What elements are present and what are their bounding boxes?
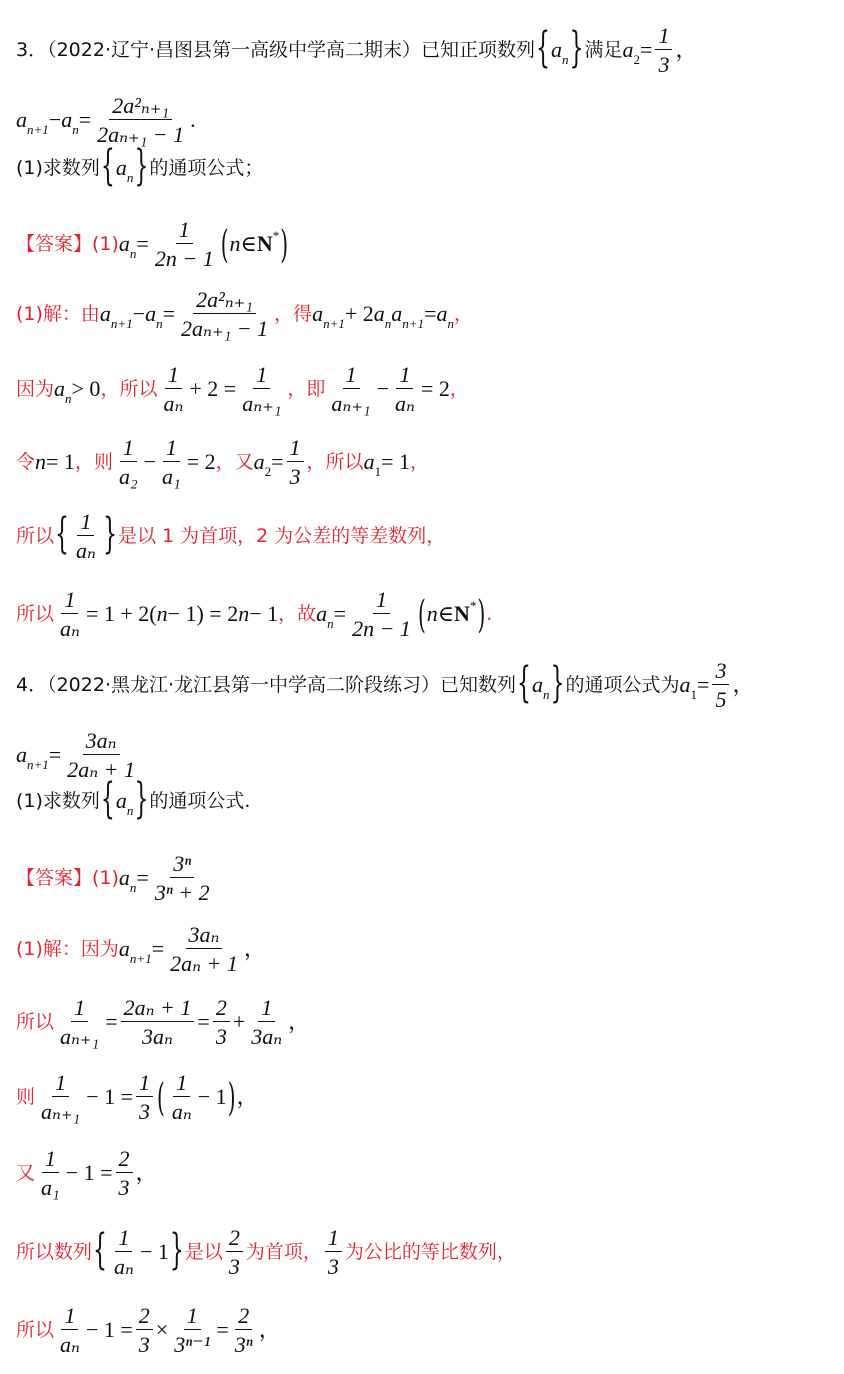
text-line: (1)求数列{an}的通项公式. (16, 790, 250, 812)
fraction-numerator: 1 (343, 363, 360, 389)
math-operator: − 1 (140, 1241, 169, 1263)
math-subscript: n (130, 880, 137, 895)
math-operator: − 1 = (86, 1319, 133, 1341)
text-line: 【答案】(1)an = 3ⁿ3ⁿ + 2 (16, 852, 216, 904)
fraction-denominator: 3aₙ (248, 1022, 285, 1048)
math-variable: a (116, 788, 127, 813)
math-subscript: n (327, 616, 334, 631)
text-run: ，则 (75, 453, 113, 472)
fraction-numerator: 3ⁿ (170, 852, 194, 878)
fraction-denominator: aₙ₊₁ (328, 389, 373, 415)
math-brace: } (103, 515, 117, 557)
math-fraction: 1aₙ (111, 1226, 137, 1278)
fraction-denominator: aₙ₊₁ (57, 1022, 102, 1048)
math-operator: ， (244, 938, 266, 960)
math-fraction: 13 (287, 436, 304, 488)
math-brace: { (101, 147, 115, 189)
fraction-denominator: a₁ (159, 462, 184, 488)
math-subscript: n (156, 316, 163, 331)
math-fraction: 13 (655, 24, 672, 76)
text-run: 令 (16, 453, 35, 472)
fraction-numerator: 1 (325, 1226, 342, 1252)
fraction-denominator: 3aₙ (139, 1022, 176, 1048)
math-variable: a (100, 301, 111, 326)
math-fraction: 23 (226, 1226, 243, 1278)
text-run: ， (410, 453, 429, 472)
math-term: a1 (680, 674, 698, 696)
text-line: 所以数列{1aₙ − 1}是以23为首项，13为公比的等比数列， (16, 1226, 516, 1278)
text-run: 的通项公式； (149, 159, 263, 178)
math-variable: n (230, 233, 241, 255)
fraction-denominator: 2aₙ₊₁ − 1 (94, 120, 187, 146)
fraction-numerator: 3aₙ (186, 923, 223, 949)
math-fraction: 12n − 1 (349, 588, 414, 640)
fraction-denominator: 3 (136, 1097, 153, 1123)
text-line: 令n = 1，则 1a₂ − 1a₁ = 2，又a2 = 13，所以a1 = 1… (16, 436, 429, 488)
text-line: 3．（2022·辽宁·昌图县第一高级中学高二期末）已知正项数列{an}满足a2 … (16, 24, 697, 76)
fraction-numerator: 1 (42, 1147, 59, 1173)
fraction-numerator: 1 (136, 1071, 153, 1097)
math-variable: a (391, 301, 402, 326)
math-variable: a (119, 865, 130, 890)
math-subscript: n+1 (111, 316, 133, 331)
math-fraction: 1aₙ₊₁ (239, 363, 284, 415)
text-run: ，得 (274, 305, 312, 324)
math-set-symbol: N (257, 233, 273, 255)
math-operator: − 1 (249, 603, 278, 625)
math-subscript: 1 (691, 687, 698, 702)
math-fraction: 23 (136, 1304, 153, 1356)
math-fraction: 1aₙ (57, 588, 83, 640)
fraction-numerator: 1 (287, 436, 304, 462)
text-run: 是以 (185, 1243, 223, 1262)
math-term: an (551, 39, 569, 61)
math-term: an (374, 303, 392, 325)
fraction-denominator: 3ⁿ (232, 1330, 256, 1356)
math-term: a2 (254, 451, 272, 473)
fraction-denominator: 3 (287, 462, 304, 488)
math-subscript: n (72, 122, 79, 137)
text-run: 因为 (16, 380, 54, 399)
math-fraction: 2aₙ + 13aₙ (121, 996, 195, 1048)
math-variable: a (532, 672, 543, 697)
math-fraction: 1aₙ (160, 363, 186, 415)
text-run: 又 (16, 1164, 35, 1183)
math-operator: ∈ (241, 233, 257, 255)
math-brace: { (55, 515, 69, 557)
fraction-denominator: aₙ (57, 1330, 83, 1356)
math-brace: { (93, 1231, 107, 1273)
math-variable: a (16, 742, 27, 767)
math-variable: n (157, 603, 168, 625)
fraction-numerator: 2 (213, 996, 230, 1022)
math-variable: a (623, 37, 634, 62)
text-run: 的通项公式. (149, 792, 250, 811)
fraction-denominator: aₙ (73, 536, 99, 562)
math-fraction: 1aₙ (392, 363, 418, 415)
text-line: (1)求数列{an}的通项公式； (16, 157, 263, 179)
math-operator: = 1 (46, 451, 75, 473)
math-operator: − 1 (198, 1086, 227, 1108)
text-run: 的通项公式为 (566, 676, 680, 695)
math-variable: a (312, 301, 323, 326)
text-run: 【答案】(1) (16, 235, 119, 254)
fraction-numerator: 2 (116, 1147, 133, 1173)
math-fraction: 13 (136, 1071, 153, 1123)
fraction-numerator: 1 (52, 1071, 69, 1097)
fraction-numerator: 1 (396, 363, 413, 389)
math-fraction: 1aₙ₊₁ (57, 996, 102, 1048)
text-line: 则1aₙ₊₁ − 1 = 13(1aₙ − 1)， (16, 1071, 259, 1123)
text-run: . (486, 605, 492, 624)
math-variable: n (35, 451, 46, 473)
math-subscript: 1 (375, 464, 382, 479)
fraction-denominator: 3 (226, 1252, 243, 1278)
math-brace: } (134, 780, 148, 822)
math-term: an+1 (16, 109, 49, 131)
text-run: 满足 (585, 41, 623, 60)
math-fraction: 2a²ₙ₊₁2aₙ₊₁ − 1 (94, 94, 187, 146)
fraction-denominator: a₂ (116, 462, 141, 488)
math-operator: × (156, 1319, 168, 1341)
math-operator: + (233, 1011, 245, 1033)
text-line: 因为an > 0，所以1aₙ + 2 = 1aₙ₊₁，即 1aₙ₊₁ − 1aₙ… (16, 363, 469, 415)
math-term: a1 (364, 451, 382, 473)
text-line: 所以1aₙ₊₁ = 2aₙ + 13aₙ = 23 + 13aₙ， (16, 996, 310, 1048)
math-operator: = (136, 867, 148, 889)
text-run: 3．（2022·辽宁·昌图县第一高级中学高二期末）已知正项数列 (16, 41, 535, 60)
text-run: 所以 (16, 1013, 54, 1032)
math-superscript: * (470, 599, 477, 612)
math-operator: = 2 (187, 451, 216, 473)
fraction-denominator: aₙ₊₁ (38, 1097, 83, 1123)
fraction-numerator: 2 (235, 1304, 252, 1330)
math-set-symbol: N (454, 603, 470, 625)
text-line: 所以{1aₙ}是以 1 为首项，2 为公差的等差数列， (16, 510, 445, 562)
text-line: 所以1aₙ = 1 + 2(n − 1) = 2n − 1，故an = 12n … (16, 588, 492, 640)
math-term: an+1 (391, 303, 424, 325)
math-fraction: 1aₙ₊₁ (38, 1071, 83, 1123)
math-operator: = (697, 674, 709, 696)
math-variable: a (116, 155, 127, 180)
math-operator: = 2 (421, 378, 450, 400)
text-run: ，所以 (307, 453, 364, 472)
math-variable: a (16, 107, 27, 132)
text-line: 又1a₁ − 1 = 23， (16, 1147, 158, 1199)
fraction-denominator: aₙ (169, 1097, 195, 1123)
math-term: an (61, 109, 79, 131)
math-brace: { (536, 29, 550, 71)
math-term: a2 (623, 39, 641, 61)
math-fraction: 1a₁ (159, 436, 184, 488)
math-brace: } (134, 147, 148, 189)
math-operator: + 2 = (189, 378, 236, 400)
math-variable: a (437, 301, 448, 326)
math-term: an (54, 378, 72, 400)
fraction-denominator: 3 (213, 1022, 230, 1048)
text-line: (1)解：由 an+1 − an = 2a²ₙ₊₁2aₙ₊₁ − 1，得 an+… (16, 288, 473, 340)
math-operator: ， (237, 1086, 259, 1108)
math-term: an (116, 790, 134, 812)
text-run: 所以数列 (16, 1243, 92, 1262)
math-fraction: 35 (712, 659, 729, 711)
math-operator: = (640, 39, 652, 61)
fraction-denominator: aₙ (392, 389, 418, 415)
fraction-numerator: 1 (655, 24, 672, 50)
math-paren: ) (280, 225, 288, 263)
fraction-denominator: 3ⁿ⁻¹ (171, 1330, 213, 1356)
fraction-numerator: 1 (373, 588, 390, 614)
fraction-denominator: 3 (325, 1252, 342, 1278)
fraction-numerator: 1 (258, 996, 275, 1022)
math-operator: ， (288, 1011, 310, 1033)
math-variable: a (145, 301, 156, 326)
math-operator: = 1 + 2( (86, 603, 157, 625)
math-brace: { (517, 664, 531, 706)
fraction-denominator: 2aₙ₊₁ − 1 (178, 314, 271, 340)
math-subscript: n (543, 687, 550, 702)
text-run: ， (454, 305, 473, 324)
math-variable: a (374, 301, 385, 326)
fraction-denominator: 2aₙ + 1 (167, 949, 241, 975)
fraction-denominator: 3 (655, 50, 672, 76)
math-operator: = (49, 744, 61, 766)
math-term: an (116, 157, 134, 179)
math-fraction: 23 (116, 1147, 133, 1199)
text-run: 4．（2022·黑龙江·龙江县第一中学高二阶段练习）已知数列 (16, 676, 516, 695)
text-run: 为首项， (246, 1243, 322, 1262)
fraction-denominator: 3 (136, 1330, 153, 1356)
math-fraction: 23ⁿ (232, 1304, 256, 1356)
fraction-numerator: 3 (712, 659, 729, 685)
math-operator: − (377, 378, 389, 400)
math-term: an (532, 674, 550, 696)
math-operator: = (152, 938, 164, 960)
math-operator: − (49, 109, 61, 131)
fraction-denominator: aₙ₊₁ (239, 389, 284, 415)
math-variable: a (316, 601, 327, 626)
math-subscript: 2 (634, 52, 641, 67)
math-fraction: 1a₂ (116, 436, 141, 488)
math-subscript: n+1 (27, 122, 49, 137)
fraction-numerator: 1 (184, 1304, 201, 1330)
text-run: 【答案】(1) (16, 869, 119, 888)
math-variable: a (119, 231, 130, 256)
math-brace: } (170, 1231, 184, 1273)
fraction-numerator: 1 (71, 996, 88, 1022)
math-operator: − 1 = (66, 1162, 113, 1184)
text-run: 是以 1 为首项，2 为公差的等差数列， (118, 527, 445, 546)
fraction-numerator: 1 (165, 363, 182, 389)
math-paren: ( (157, 1078, 165, 1116)
fraction-numerator: 2 (136, 1304, 153, 1330)
math-operator: ， (136, 1162, 158, 1184)
math-operator: = (79, 109, 91, 131)
math-operator: = (216, 1319, 228, 1341)
text-run: (1)解：因为 (16, 940, 119, 959)
math-operator: − 1 = (86, 1086, 133, 1108)
fraction-numerator: 1 (61, 1304, 78, 1330)
fraction-numerator: 3aₙ (83, 729, 120, 755)
math-variable: a (364, 449, 375, 474)
math-fraction: 1aₙ₊₁ (328, 363, 373, 415)
math-term: an+1 (16, 744, 49, 766)
math-variable: n (427, 603, 438, 625)
fraction-numerator: 1 (61, 588, 78, 614)
text-run: (1)求数列 (16, 159, 100, 178)
math-fraction: 1a₁ (38, 1147, 63, 1199)
text-run: 所以 (16, 1321, 54, 1340)
fraction-numerator: 1 (173, 1071, 190, 1097)
math-subscript: n+1 (402, 316, 424, 331)
math-operator: > 0 (72, 378, 101, 400)
math-brace: { (101, 780, 115, 822)
fraction-numerator: 2a²ₙ₊₁ (193, 288, 256, 314)
math-fraction: 3ⁿ3ⁿ + 2 (152, 852, 213, 904)
math-variable: a (551, 37, 562, 62)
math-fraction: 3aₙ2aₙ + 1 (167, 923, 241, 975)
math-operator: = (136, 233, 148, 255)
math-fraction: 1aₙ (73, 510, 99, 562)
fraction-denominator: a₁ (38, 1173, 63, 1199)
math-operator: = (163, 303, 175, 325)
math-fraction: 23 (213, 996, 230, 1048)
math-term: an (119, 233, 137, 255)
math-term: an (316, 603, 334, 625)
text-run: 为公比的等比数列， (345, 1243, 516, 1262)
text-run: (1)解：由 (16, 305, 100, 324)
math-fraction: 13aₙ (248, 996, 285, 1048)
fraction-denominator: 2n − 1 (349, 614, 414, 640)
text-run: ，即 (287, 380, 325, 399)
text-run: ，又 (216, 453, 254, 472)
math-variable: n (238, 603, 249, 625)
text-run: ，所以 (100, 380, 157, 399)
math-subscript: n (127, 803, 134, 818)
fraction-numerator: 1 (176, 218, 193, 244)
math-operator: − 1) = 2 (168, 603, 239, 625)
math-operator: − (144, 451, 156, 473)
fraction-denominator: 3ⁿ + 2 (152, 878, 213, 904)
fraction-numerator: 1 (115, 1226, 132, 1252)
math-operator: = (271, 451, 283, 473)
math-term: an+1 (312, 303, 345, 325)
text-run: 所以 (16, 605, 54, 624)
math-operator: = (334, 603, 346, 625)
text-line: an+1 = 3aₙ2aₙ + 1 (16, 729, 141, 781)
fraction-denominator: 5 (712, 685, 729, 711)
math-operator: ， (259, 1319, 281, 1341)
math-paren: ) (477, 595, 485, 633)
fraction-numerator: 1 (77, 510, 94, 536)
math-subscript: n (448, 316, 455, 331)
text-run: 则 (16, 1088, 35, 1107)
math-subscript: n+1 (323, 316, 345, 331)
fraction-numerator: 2 (226, 1226, 243, 1252)
math-paren: ( (221, 225, 229, 263)
math-variable: a (119, 936, 130, 961)
math-fraction: 2a²ₙ₊₁2aₙ₊₁ − 1 (178, 288, 271, 340)
math-subscript: n+1 (130, 951, 152, 966)
fraction-denominator: aₙ (111, 1252, 137, 1278)
text-run: ，故 (278, 605, 316, 624)
math-subscript: n (130, 246, 137, 261)
math-brace: } (570, 29, 584, 71)
fraction-denominator: 3 (116, 1173, 133, 1199)
math-variable: a (54, 376, 65, 401)
fraction-numerator: 1 (120, 436, 137, 462)
text-line: 4．（2022·黑龙江·龙江县第一中学高二阶段练习）已知数列{an}的通项公式为… (16, 659, 754, 711)
text-run: ， (450, 380, 469, 399)
fraction-numerator: 2aₙ + 1 (121, 996, 195, 1022)
fraction-numerator: 1 (163, 436, 180, 462)
math-operator: = (105, 1011, 117, 1033)
math-operator: ， (675, 39, 697, 61)
math-term: an+1 (100, 303, 133, 325)
math-operator: = 1 (381, 451, 410, 473)
fraction-numerator: 2a²ₙ₊₁ (109, 94, 172, 120)
text-line: (1)解：因为an+1 = 3aₙ2aₙ + 1， (16, 923, 266, 975)
math-term: an (437, 303, 455, 325)
math-term: an (119, 867, 137, 889)
text-run: (1)求数列 (16, 792, 100, 811)
math-operator: ∈ (438, 603, 454, 625)
math-fraction: 13 (325, 1226, 342, 1278)
math-subscript: n (127, 170, 134, 185)
math-subscript: n (562, 52, 569, 67)
math-superscript: * (273, 229, 280, 242)
math-subscript: n (385, 316, 392, 331)
math-variable: a (680, 672, 691, 697)
math-operator: ， (732, 674, 754, 696)
math-subscript: n (65, 391, 72, 406)
fraction-denominator: 2n − 1 (152, 244, 217, 270)
math-fraction: 12n − 1 (152, 218, 217, 270)
math-paren: ) (228, 1078, 236, 1116)
fraction-denominator: aₙ (160, 389, 186, 415)
text-line: 【答案】(1)an = 12n − 1(n ∈ N*) (16, 218, 289, 270)
math-paren: ( (418, 595, 426, 633)
math-operator: + 2 (345, 303, 374, 325)
math-fraction: 13ⁿ⁻¹ (171, 1304, 213, 1356)
math-operator: = (197, 1011, 209, 1033)
math-variable: a (254, 449, 265, 474)
fraction-denominator: aₙ (57, 614, 83, 640)
math-operator: . (190, 109, 196, 131)
math-term: an+1 (119, 938, 152, 960)
math-brace: } (551, 664, 565, 706)
text-line: 所以1aₙ − 1 = 23 × 13ⁿ⁻¹ = 23ⁿ， (16, 1304, 281, 1356)
math-subscript: n+1 (27, 757, 49, 772)
math-variable: a (61, 107, 72, 132)
fraction-numerator: 1 (253, 363, 270, 389)
text-run: 所以 (16, 527, 54, 546)
text-line: an+1 − an = 2a²ₙ₊₁2aₙ₊₁ − 1. (16, 94, 196, 146)
math-operator: − (133, 303, 145, 325)
math-fraction: 1aₙ (169, 1071, 195, 1123)
math-term: an (145, 303, 163, 325)
math-subscript: 2 (265, 464, 272, 479)
math-operator: = (424, 303, 436, 325)
math-fraction: 3aₙ2aₙ + 1 (64, 729, 138, 781)
math-fraction: 1aₙ (57, 1304, 83, 1356)
